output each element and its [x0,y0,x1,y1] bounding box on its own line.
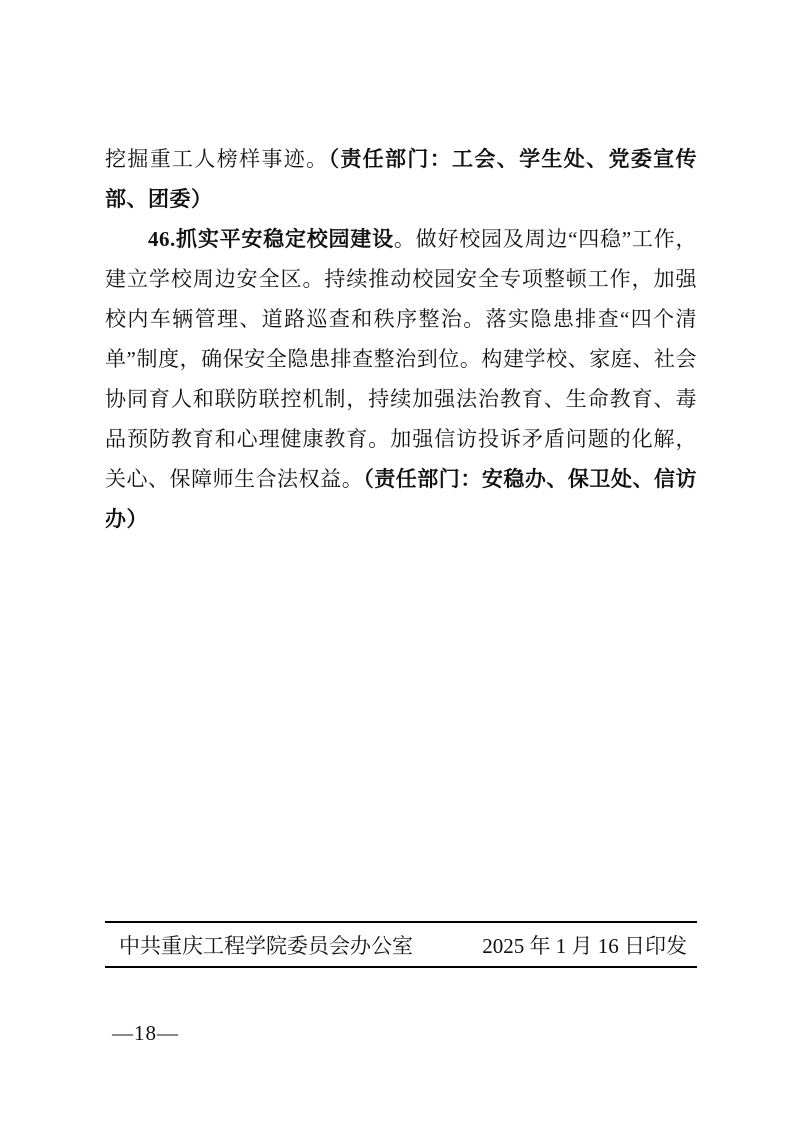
paragraph-text: 。做好校园及周边“四稳”工作，建立学校周边安全区。持续推动校园安全专项整顿工作，… [105,227,697,491]
paragraph-text: 挖掘重工人榜样事迹。 [105,147,328,171]
issuing-office: 中共重庆工程学院委员会办公室 [119,930,413,960]
paragraph-item-46: 46.抓实平安稳定校园建设。做好校园及周边“四稳”工作，建立学校周边安全区。持续… [105,219,697,539]
page-number: —18— [112,1013,179,1053]
document-page: 挖掘重工人榜样事迹。（责任部门：工会、学生处、党委宣传部、团委） 46.抓实平安… [0,0,794,1122]
item-46-heading: 46.抓实平安稳定校园建设 [148,227,394,251]
paragraph-continuation: 挖掘重工人榜样事迹。（责任部门：工会、学生处、党委宣传部、团委） [105,139,697,219]
colophon: 中共重庆工程学院委员会办公室 2025 年 1 月 16 日印发 [105,921,697,968]
print-date: 2025 年 1 月 16 日印发 [482,930,687,960]
document-body: 挖掘重工人榜样事迹。（责任部门：工会、学生处、党委宣传部、团委） 46.抓实平安… [105,139,697,539]
